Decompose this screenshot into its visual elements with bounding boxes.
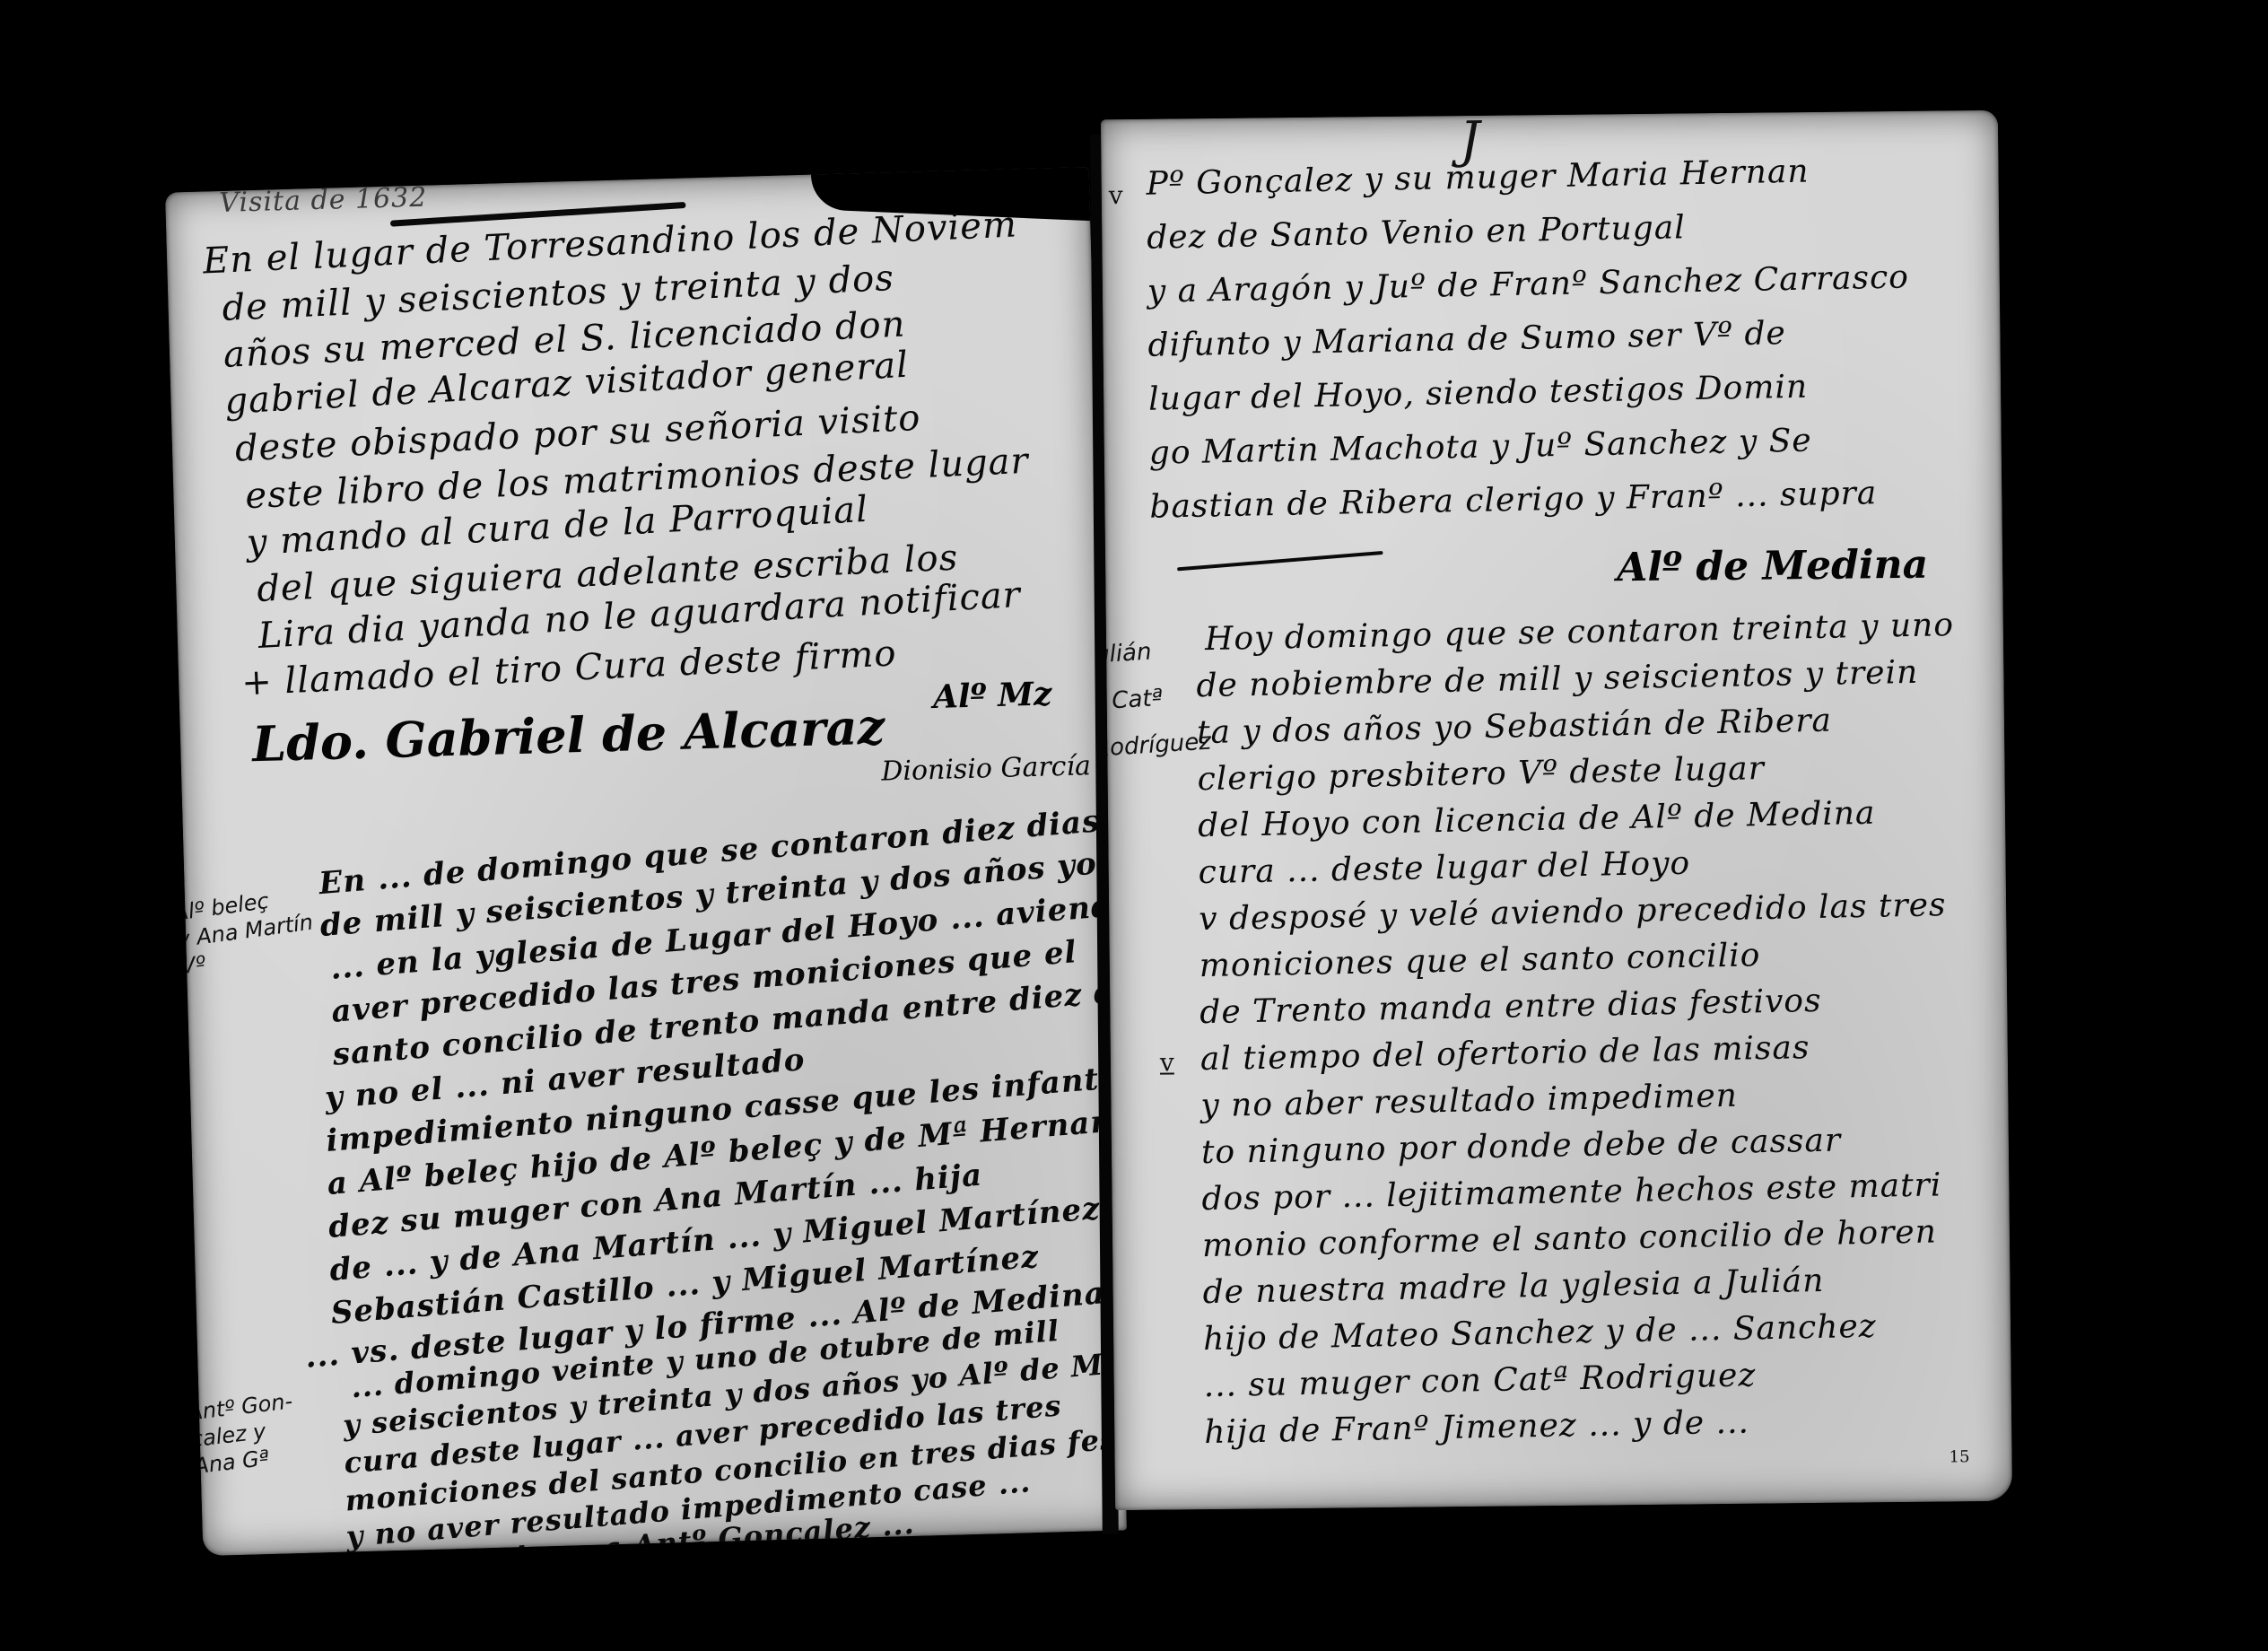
entry-line: moniciones que el santo concilio xyxy=(1199,937,1760,984)
countersign-medina: Alº Mz xyxy=(932,675,1052,716)
entry-line: de nuestra madre la yglesia a Julián xyxy=(1202,1262,1825,1311)
entry-marriage-julian: Julián y Catª Rodríguez v Hoy domingo qu… xyxy=(1101,110,1998,119)
margin-note-names: Antº Gon- çalez y Ana Gª xyxy=(187,1387,301,1480)
entry-line: y no aber resultado impedimen xyxy=(1200,1078,1738,1124)
entry-line: difunto y Mariana de Sumo ser Vº de xyxy=(1147,315,1786,364)
entry-line: hijo de Mateo Sanchez y de ... Sanchez xyxy=(1203,1308,1877,1358)
margin-note-names: Alº beleç y Ana Martín Vº xyxy=(172,882,318,980)
signature-medina: Alº de Medina xyxy=(1617,542,1928,591)
entry-line: Hoy domingo que se contaron treinta y un… xyxy=(1205,607,1955,658)
entry-line: v desposé y velé aviendo precedido las t… xyxy=(1199,887,1947,938)
entry-line: al tiempo del ofertorio de las misas xyxy=(1199,1029,1810,1078)
left-page: Visita de 1632 En el lugar de Torresandi… xyxy=(165,167,1127,1556)
entry-line: ta y dos años yo Sebastián de Ribera xyxy=(1197,703,1833,752)
entry-line: ... su muger con Catª Rodriguez xyxy=(1203,1357,1756,1404)
entry-line: y a Aragón y Juº de Franº Sanchez Carras… xyxy=(1147,258,1910,310)
signature-visitor: Ldo. Gabriel de Alcaraz xyxy=(251,698,885,773)
document-viewer: Visita de 1632 En el lugar de Torresandi… xyxy=(0,0,2268,1651)
entry-line: lugar del Hoyo, siendo testigos Domin xyxy=(1148,369,1809,418)
entry-line: clerigo presbitero Vº deste lugar xyxy=(1197,750,1765,798)
entry-line: de nobiembre de mill y seiscientos y tre… xyxy=(1196,654,1918,704)
signature-garcia: Dionisio García xyxy=(881,750,1092,788)
margin-mark: v xyxy=(1109,180,1123,210)
entry-carryover: v Pº Gonçalez y su muger Maria Hernan de… xyxy=(1101,110,1998,119)
entry-line: to ninguno por donde debe de cassar xyxy=(1201,1122,1842,1171)
page-number: 15 xyxy=(1949,1447,1969,1466)
entry-line: de Trento manda entre dias festivos xyxy=(1199,983,1822,1031)
entry-line: hija de Franº Jimenez ... y de ... xyxy=(1204,1403,1749,1451)
header-note: Visita de 1632 xyxy=(219,182,428,219)
margin-mark: v xyxy=(1160,1047,1174,1077)
right-page: J v Pº Gonçalez y su muger Maria Hernan … xyxy=(1101,110,2012,1510)
entry-line: del Hoyo con licencia de Alº de Medina xyxy=(1198,795,1876,844)
entry-line: Pº Gonçalez y su muger Maria Hernan xyxy=(1146,153,1810,203)
margin-note-names: Julián y Catª Rodríguez xyxy=(1101,625,1213,773)
entry-line: dez de Santo Venio en Portugal xyxy=(1147,209,1686,257)
entry-line: dos por ... lejitimamente hechos este ma… xyxy=(1201,1166,1942,1218)
entry-line: bastian de Ribera clerigo y Franº ... su… xyxy=(1149,475,1878,526)
entry-line: monio conforme el santo concilio de hore… xyxy=(1202,1213,1938,1264)
entry-end-rule xyxy=(1177,551,1383,571)
entry-line: go Martin Machota y Juº Sanchez y Se xyxy=(1148,423,1812,472)
entry-line: cura ... deste lugar del Hoyo xyxy=(1198,845,1690,892)
